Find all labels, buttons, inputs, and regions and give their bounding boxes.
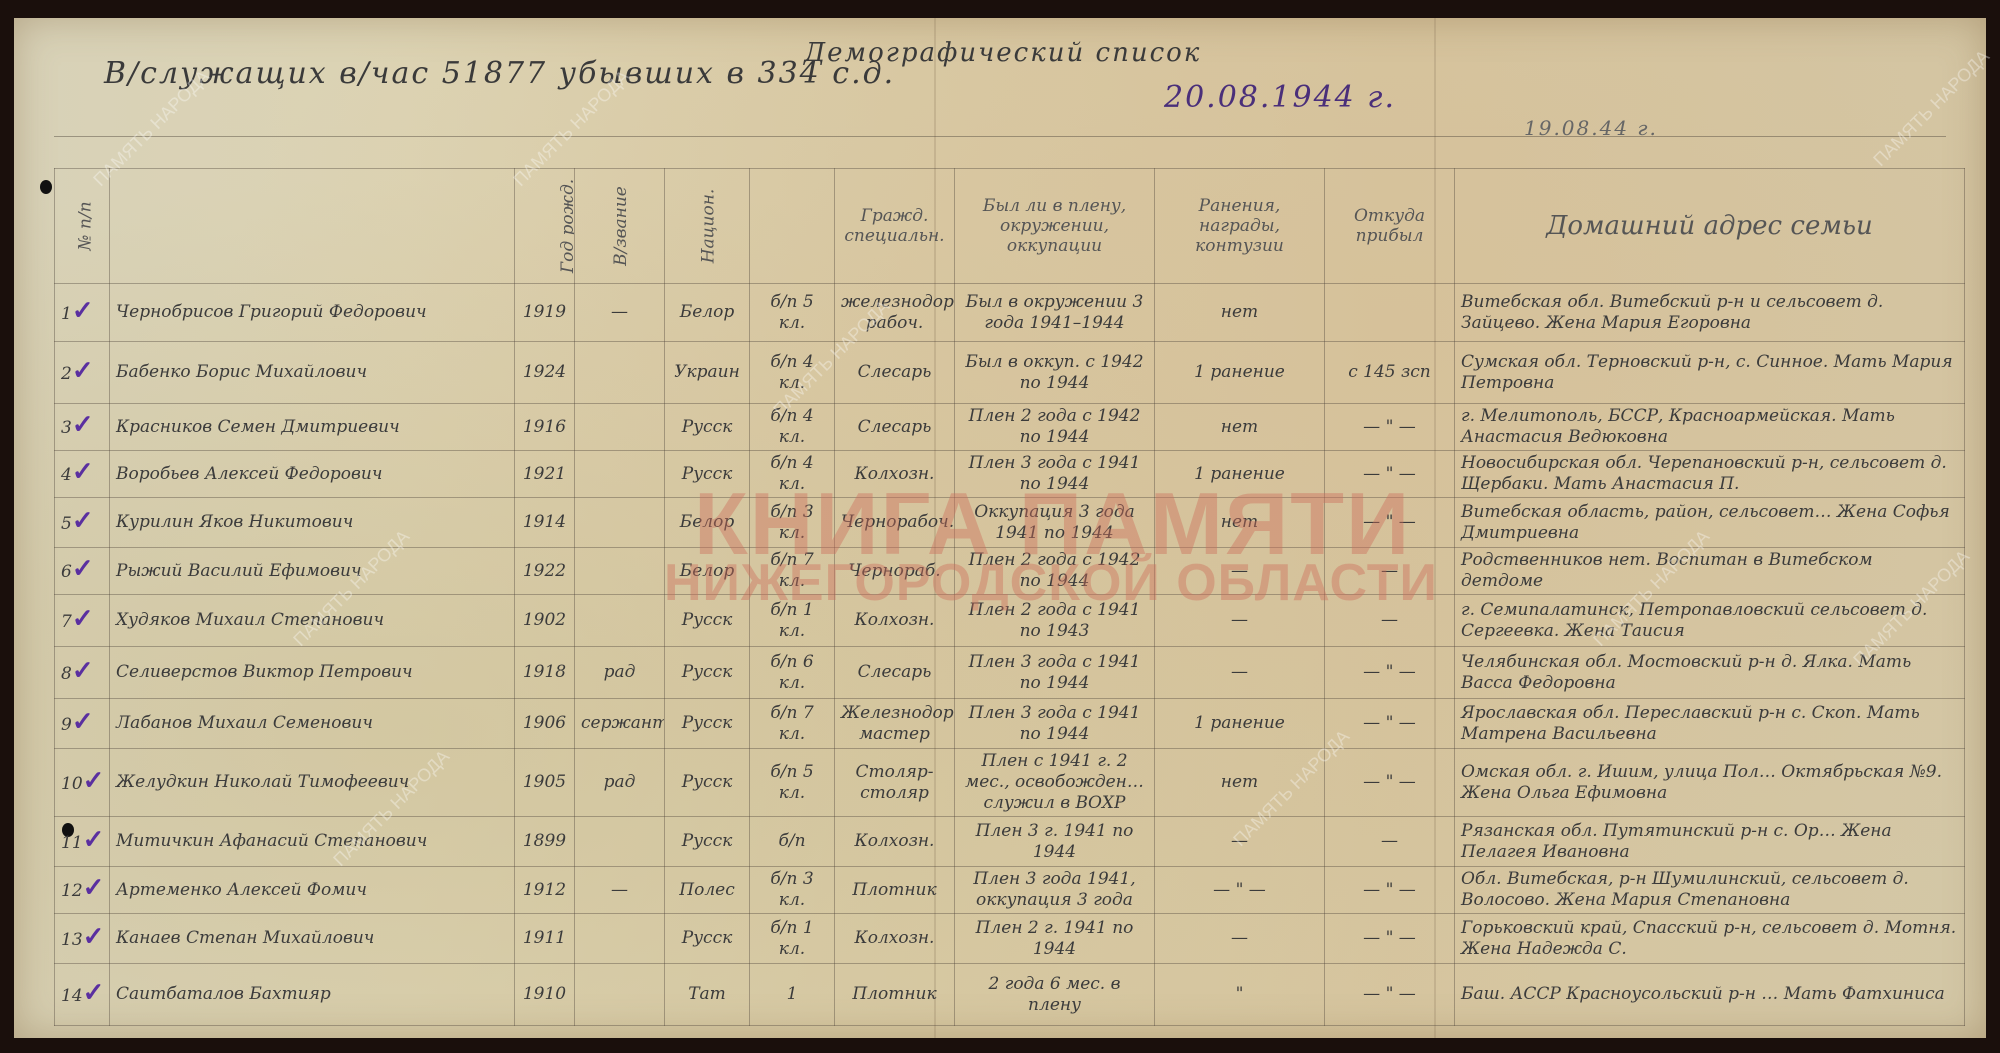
table-row: 2✓Бабенко Борис Михайлович1924Украинб/п … (55, 342, 1965, 404)
cell-specialty: Чернорабоч. (835, 498, 955, 548)
cell-specialty: Плотник (835, 867, 955, 914)
cell-address: Ярославская обл. Переславский р-н с. Ско… (1455, 699, 1965, 749)
cell-party: рад (575, 749, 665, 817)
cell-education: б/п 1 кл. (750, 595, 835, 647)
document-header-unit: В/служащих в/час 51877 убывших в 334 с.д… (104, 56, 895, 91)
checkmark-icon: ✓ (83, 922, 105, 952)
row-number: 13 (61, 930, 83, 950)
row-number: 2 (61, 364, 72, 384)
cell-party (575, 404, 665, 451)
cell-nationality: Белор (665, 548, 750, 595)
cell-education: б/п 6 кл. (750, 647, 835, 699)
cell-year: 1912 (515, 867, 575, 914)
cell-occupation: Плен 3 г. 1941 по 1944 (955, 817, 1155, 867)
row-number: 11 (61, 833, 83, 853)
row-number: 14 (61, 986, 83, 1006)
cell-party (575, 548, 665, 595)
cell-arrived-from: — " — (1325, 404, 1455, 451)
table-row: 13✓Канаев Степан Михайлович1911Русскб/п … (55, 914, 1965, 964)
cell-year: 1902 (515, 595, 575, 647)
cell-specialty: Колхозн. (835, 817, 955, 867)
table-row: 10✓Желудкин Николай Тимофеевич1905радРус… (55, 749, 1965, 817)
checkmark-icon: ✓ (72, 457, 94, 487)
cell-num: 1✓ (55, 284, 110, 342)
cell-num: 7✓ (55, 595, 110, 647)
cell-occupation: Плен 3 года с 1941 по 1944 (955, 699, 1155, 749)
cell-education: б/п (750, 817, 835, 867)
row-number: 1 (61, 304, 72, 324)
cell-occupation: Плен 3 года с 1941 по 1944 (955, 451, 1155, 498)
cell-address: г. Мелитополь, БССР, Красноармейская. Ма… (1455, 404, 1965, 451)
cell-occupation: Был в окружении 3 года 1941–1944 (955, 284, 1155, 342)
cell-occupation: Плен 3 года 1941, оккупация 3 года (955, 867, 1155, 914)
checkmark-icon: ✓ (72, 604, 94, 634)
cell-party: рад (575, 647, 665, 699)
checkmark-icon: ✓ (83, 825, 105, 855)
cell-wounds: — (1155, 548, 1325, 595)
cell-arrived-from: — " — (1325, 867, 1455, 914)
checkmark-icon: ✓ (83, 873, 105, 903)
cell-specialty: Плотник (835, 964, 955, 1026)
cell-occupation: Плен 2 года с 1941 по 1943 (955, 595, 1155, 647)
cell-education: б/п 7 кл. (750, 548, 835, 595)
cell-name: Красников Семен Дмитриевич (110, 404, 515, 451)
cell-arrived-from (1325, 284, 1455, 342)
cell-num: 14✓ (55, 964, 110, 1026)
cell-year: 1899 (515, 817, 575, 867)
cell-name: Канаев Степан Михайлович (110, 914, 515, 964)
document-date: 20.08.1944 г. (1164, 80, 1396, 115)
cell-address: Рязанская обл. Путятинский р-н с. Ор… Же… (1455, 817, 1965, 867)
table-row: 7✓Худяков Михаил Степанович1902Русскб/п … (55, 595, 1965, 647)
table-row: 14✓Саитбаталов Бахтияр1910Тат1Плотник2 г… (55, 964, 1965, 1026)
col-header-wounds: Ранения, награды, контузии (1155, 169, 1325, 284)
cell-wounds: — (1155, 595, 1325, 647)
cell-wounds: — " — (1155, 867, 1325, 914)
cell-party (575, 817, 665, 867)
cell-nationality: Полес (665, 867, 750, 914)
cell-name: Воробьев Алексей Федорович (110, 451, 515, 498)
table-header-row: № п/п Год рожд. В/звание Национ. Партийн… (55, 169, 1965, 284)
cell-nationality: Русск (665, 914, 750, 964)
cell-arrived-from: — " — (1325, 699, 1455, 749)
checkmark-icon: ✓ (72, 410, 94, 440)
cell-wounds: нет (1155, 749, 1325, 817)
cell-education: б/п 4 кл. (750, 451, 835, 498)
cell-wounds: нет (1155, 498, 1325, 548)
cell-address: г. Семипалатинск, Петропавловский сельсо… (1455, 595, 1965, 647)
cell-nationality: Русск (665, 647, 750, 699)
cell-occupation: Был в оккуп. с 1942 по 1944 (955, 342, 1155, 404)
col-header-specialty: Гражд. специальн. (835, 169, 955, 284)
cell-nationality: Тат (665, 964, 750, 1026)
cell-year: 1905 (515, 749, 575, 817)
cell-arrived-from: — " — (1325, 914, 1455, 964)
cell-specialty: Столяр-столяр (835, 749, 955, 817)
row-number: 9 (61, 715, 72, 735)
cell-specialty: Слесарь (835, 342, 955, 404)
cell-num: 13✓ (55, 914, 110, 964)
cell-nationality: Русск (665, 699, 750, 749)
col-header-nationality: Национ. (665, 169, 750, 284)
cell-arrived-from: — " — (1325, 451, 1455, 498)
cell-occupation: 2 года 6 мес. в плену (955, 964, 1155, 1026)
cell-num: 10✓ (55, 749, 110, 817)
cell-arrived-from: — " — (1325, 647, 1455, 699)
cell-party (575, 498, 665, 548)
cell-wounds: 1 ранение (1155, 451, 1325, 498)
cell-num: 3✓ (55, 404, 110, 451)
cell-year: 1919 (515, 284, 575, 342)
cell-nationality: Русск (665, 749, 750, 817)
cell-education: б/п 3 кл. (750, 867, 835, 914)
cell-name: Рыжий Василий Ефимович (110, 548, 515, 595)
checkmark-icon: ✓ (83, 978, 105, 1008)
cell-specialty: Чернораб. (835, 548, 955, 595)
cell-education: б/п 5 кл. (750, 284, 835, 342)
cell-name: Лабанов Михаил Семенович (110, 699, 515, 749)
cell-occupation: Плен 2 г. 1941 по 1944 (955, 914, 1155, 964)
cell-num: 11✓ (55, 817, 110, 867)
cell-name: Бабенко Борис Михайлович (110, 342, 515, 404)
col-header-arrived-from: Откуда прибыл (1325, 169, 1455, 284)
cell-name: Чернобрисов Григорий Федорович (110, 284, 515, 342)
cell-party: — (575, 867, 665, 914)
cell-year: 1911 (515, 914, 575, 964)
cell-address: Сумская обл. Терновский р-н, с. Синное. … (1455, 342, 1965, 404)
cell-name: Артеменко Алексей Фомич (110, 867, 515, 914)
cell-arrived-from: — (1325, 595, 1455, 647)
cell-year: 1910 (515, 964, 575, 1026)
row-number: 3 (61, 418, 72, 438)
punch-hole (40, 180, 52, 194)
row-number: 12 (61, 881, 83, 901)
cell-name: Желудкин Николай Тимофеевич (110, 749, 515, 817)
cell-nationality: Русск (665, 404, 750, 451)
cell-address: Обл. Витебская, р-н Шумилинский, сельсов… (1455, 867, 1965, 914)
cell-num: 5✓ (55, 498, 110, 548)
cell-occupation: Плен 2 года с 1942 по 1944 (955, 404, 1155, 451)
cell-address: Горьковский край, Спасский р-н, сельсове… (1455, 914, 1965, 964)
cell-party: сержант (575, 699, 665, 749)
cell-arrived-from: — " — (1325, 498, 1455, 548)
cell-specialty: Слесарь (835, 647, 955, 699)
cell-address: Челябинская обл. Мостовский р-н д. Ялка.… (1455, 647, 1965, 699)
cell-wounds: 1 ранение (1155, 699, 1325, 749)
table-row: 6✓Рыжий Василий Ефимович1922Белорб/п 7 к… (55, 548, 1965, 595)
cell-name: Курилин Яков Никитович (110, 498, 515, 548)
table-row: 5✓Курилин Яков Никитович1914Белорб/п 3 к… (55, 498, 1965, 548)
cell-education: б/п 1 кл. (750, 914, 835, 964)
col-header-rank: В/звание (575, 169, 665, 284)
col-header-num: № п/п (55, 169, 110, 284)
cell-year: 1922 (515, 548, 575, 595)
cell-specialty: Железнодор. мастер (835, 699, 955, 749)
cell-address: Родственников нет. Воспитан в Витебском … (1455, 548, 1965, 595)
table-row: 1✓Чернобрисов Григорий Федорович1919—Бел… (55, 284, 1965, 342)
cell-party (575, 451, 665, 498)
table-row: 9✓Лабанов Михаил Семенович1906сержантРус… (55, 699, 1965, 749)
cell-party (575, 914, 665, 964)
cell-year: 1916 (515, 404, 575, 451)
col-header-name (110, 169, 515, 284)
cell-party: — (575, 284, 665, 342)
checkmark-icon: ✓ (72, 356, 94, 386)
cell-occupation: Плен с 1941 г. 2 мес., освобожден… служи… (955, 749, 1155, 817)
cell-specialty: Слесарь (835, 404, 955, 451)
cell-education: б/п 7 кл. (750, 699, 835, 749)
document-title: Демографический список (804, 38, 1201, 68)
row-number: 8 (61, 664, 72, 684)
row-number: 5 (61, 514, 72, 534)
cell-occupation: Плен 2 года с 1942 по 1944 (955, 548, 1155, 595)
table-row: 4✓Воробьев Алексей Федорович1921Русскб/п… (55, 451, 1965, 498)
col-header-year: Год рожд. (515, 169, 575, 284)
cell-num: 12✓ (55, 867, 110, 914)
cell-arrived-from: — (1325, 548, 1455, 595)
checkmark-icon: ✓ (72, 296, 94, 326)
checkmark-icon: ✓ (72, 554, 94, 584)
checkmark-icon: ✓ (83, 766, 105, 796)
table-row: 8✓Селиверстов Виктор Петрович1918радРусс… (55, 647, 1965, 699)
cell-wounds: — (1155, 914, 1325, 964)
table-row: 11✓Митичкин Афанасий Степанович1899Русск… (55, 817, 1965, 867)
cell-year: 1906 (515, 699, 575, 749)
cell-arrived-from: — " — (1325, 749, 1455, 817)
row-number: 7 (61, 612, 72, 632)
casualty-list-table: № п/п Год рожд. В/звание Национ. Партийн… (54, 168, 1965, 1026)
cell-specialty: железнодор. рабоч. (835, 284, 955, 342)
cell-year: 1918 (515, 647, 575, 699)
cell-wounds: " (1155, 964, 1325, 1026)
cell-education: б/п 4 кл. (750, 404, 835, 451)
row-number: 6 (61, 562, 72, 582)
cell-nationality: Украин (665, 342, 750, 404)
cell-wounds: 1 ранение (1155, 342, 1325, 404)
cell-nationality: Русск (665, 595, 750, 647)
cell-nationality: Русск (665, 451, 750, 498)
row-number: 10 (61, 774, 83, 794)
col-header-address: Домашний адрес семьи (1455, 169, 1965, 284)
cell-education: б/п 3 кл. (750, 498, 835, 548)
cell-occupation: Оккупация 3 года 1941 по 1944 (955, 498, 1155, 548)
ruled-line (54, 136, 1946, 137)
cell-education: 1 (750, 964, 835, 1026)
checkmark-icon: ✓ (72, 506, 94, 536)
cell-education: б/п 5 кл. (750, 749, 835, 817)
cell-arrived-from: с 145 зсп (1325, 342, 1455, 404)
cell-name: Митичкин Афанасий Степанович (110, 817, 515, 867)
col-header-occupation: Был ли в плену, окружении, оккупации (955, 169, 1155, 284)
cell-name: Худяков Михаил Степанович (110, 595, 515, 647)
cell-nationality: Русск (665, 817, 750, 867)
cell-arrived-from: — " — (1325, 964, 1455, 1026)
table-row: 12✓Артеменко Алексей Фомич1912—Полесб/п … (55, 867, 1965, 914)
cell-occupation: Плен 3 года с 1941 по 1944 (955, 647, 1155, 699)
cell-address: Новосибирская обл. Черепановский р-н, се… (1455, 451, 1965, 498)
cell-specialty: Колхозн. (835, 595, 955, 647)
cell-address: Омская обл. г. Ишим, улица Пол… Октябрьс… (1455, 749, 1965, 817)
cell-name: Селиверстов Виктор Петрович (110, 647, 515, 699)
col-header-education: Партийн. и образов. (750, 169, 835, 284)
watermark-stamp: ПАМЯТЬ НАРОДА (1869, 46, 1994, 171)
cell-party (575, 342, 665, 404)
cell-specialty: Колхозн. (835, 914, 955, 964)
cell-year: 1924 (515, 342, 575, 404)
cell-address: Баш. АССР Красноусольский р-н … Мать Фат… (1455, 964, 1965, 1026)
cell-party (575, 964, 665, 1026)
cell-year: 1921 (515, 451, 575, 498)
cell-num: 8✓ (55, 647, 110, 699)
cell-num: 4✓ (55, 451, 110, 498)
cell-wounds: — (1155, 817, 1325, 867)
cell-nationality: Белор (665, 498, 750, 548)
cell-wounds: нет (1155, 284, 1325, 342)
cell-num: 6✓ (55, 548, 110, 595)
cell-wounds: нет (1155, 404, 1325, 451)
cell-address: Витебская область, район, сельсовет… Жен… (1455, 498, 1965, 548)
archival-document-page: В/служащих в/час 51877 убывших в 334 с.д… (14, 18, 1986, 1038)
cell-wounds: — (1155, 647, 1325, 699)
cell-arrived-from: — (1325, 817, 1455, 867)
cell-name: Саитбаталов Бахтияр (110, 964, 515, 1026)
table-row: 3✓Красников Семен Дмитриевич1916Русскб/п… (55, 404, 1965, 451)
checkmark-icon: ✓ (72, 656, 94, 686)
cell-nationality: Белор (665, 284, 750, 342)
cell-address: Витебская обл. Витебский р-н и сельсовет… (1455, 284, 1965, 342)
cell-year: 1914 (515, 498, 575, 548)
cell-specialty: Колхозн. (835, 451, 955, 498)
cell-party (575, 595, 665, 647)
checkmark-icon: ✓ (72, 707, 94, 737)
row-number: 4 (61, 465, 72, 485)
cell-num: 2✓ (55, 342, 110, 404)
cell-education: б/п 4 кл. (750, 342, 835, 404)
cell-num: 9✓ (55, 699, 110, 749)
